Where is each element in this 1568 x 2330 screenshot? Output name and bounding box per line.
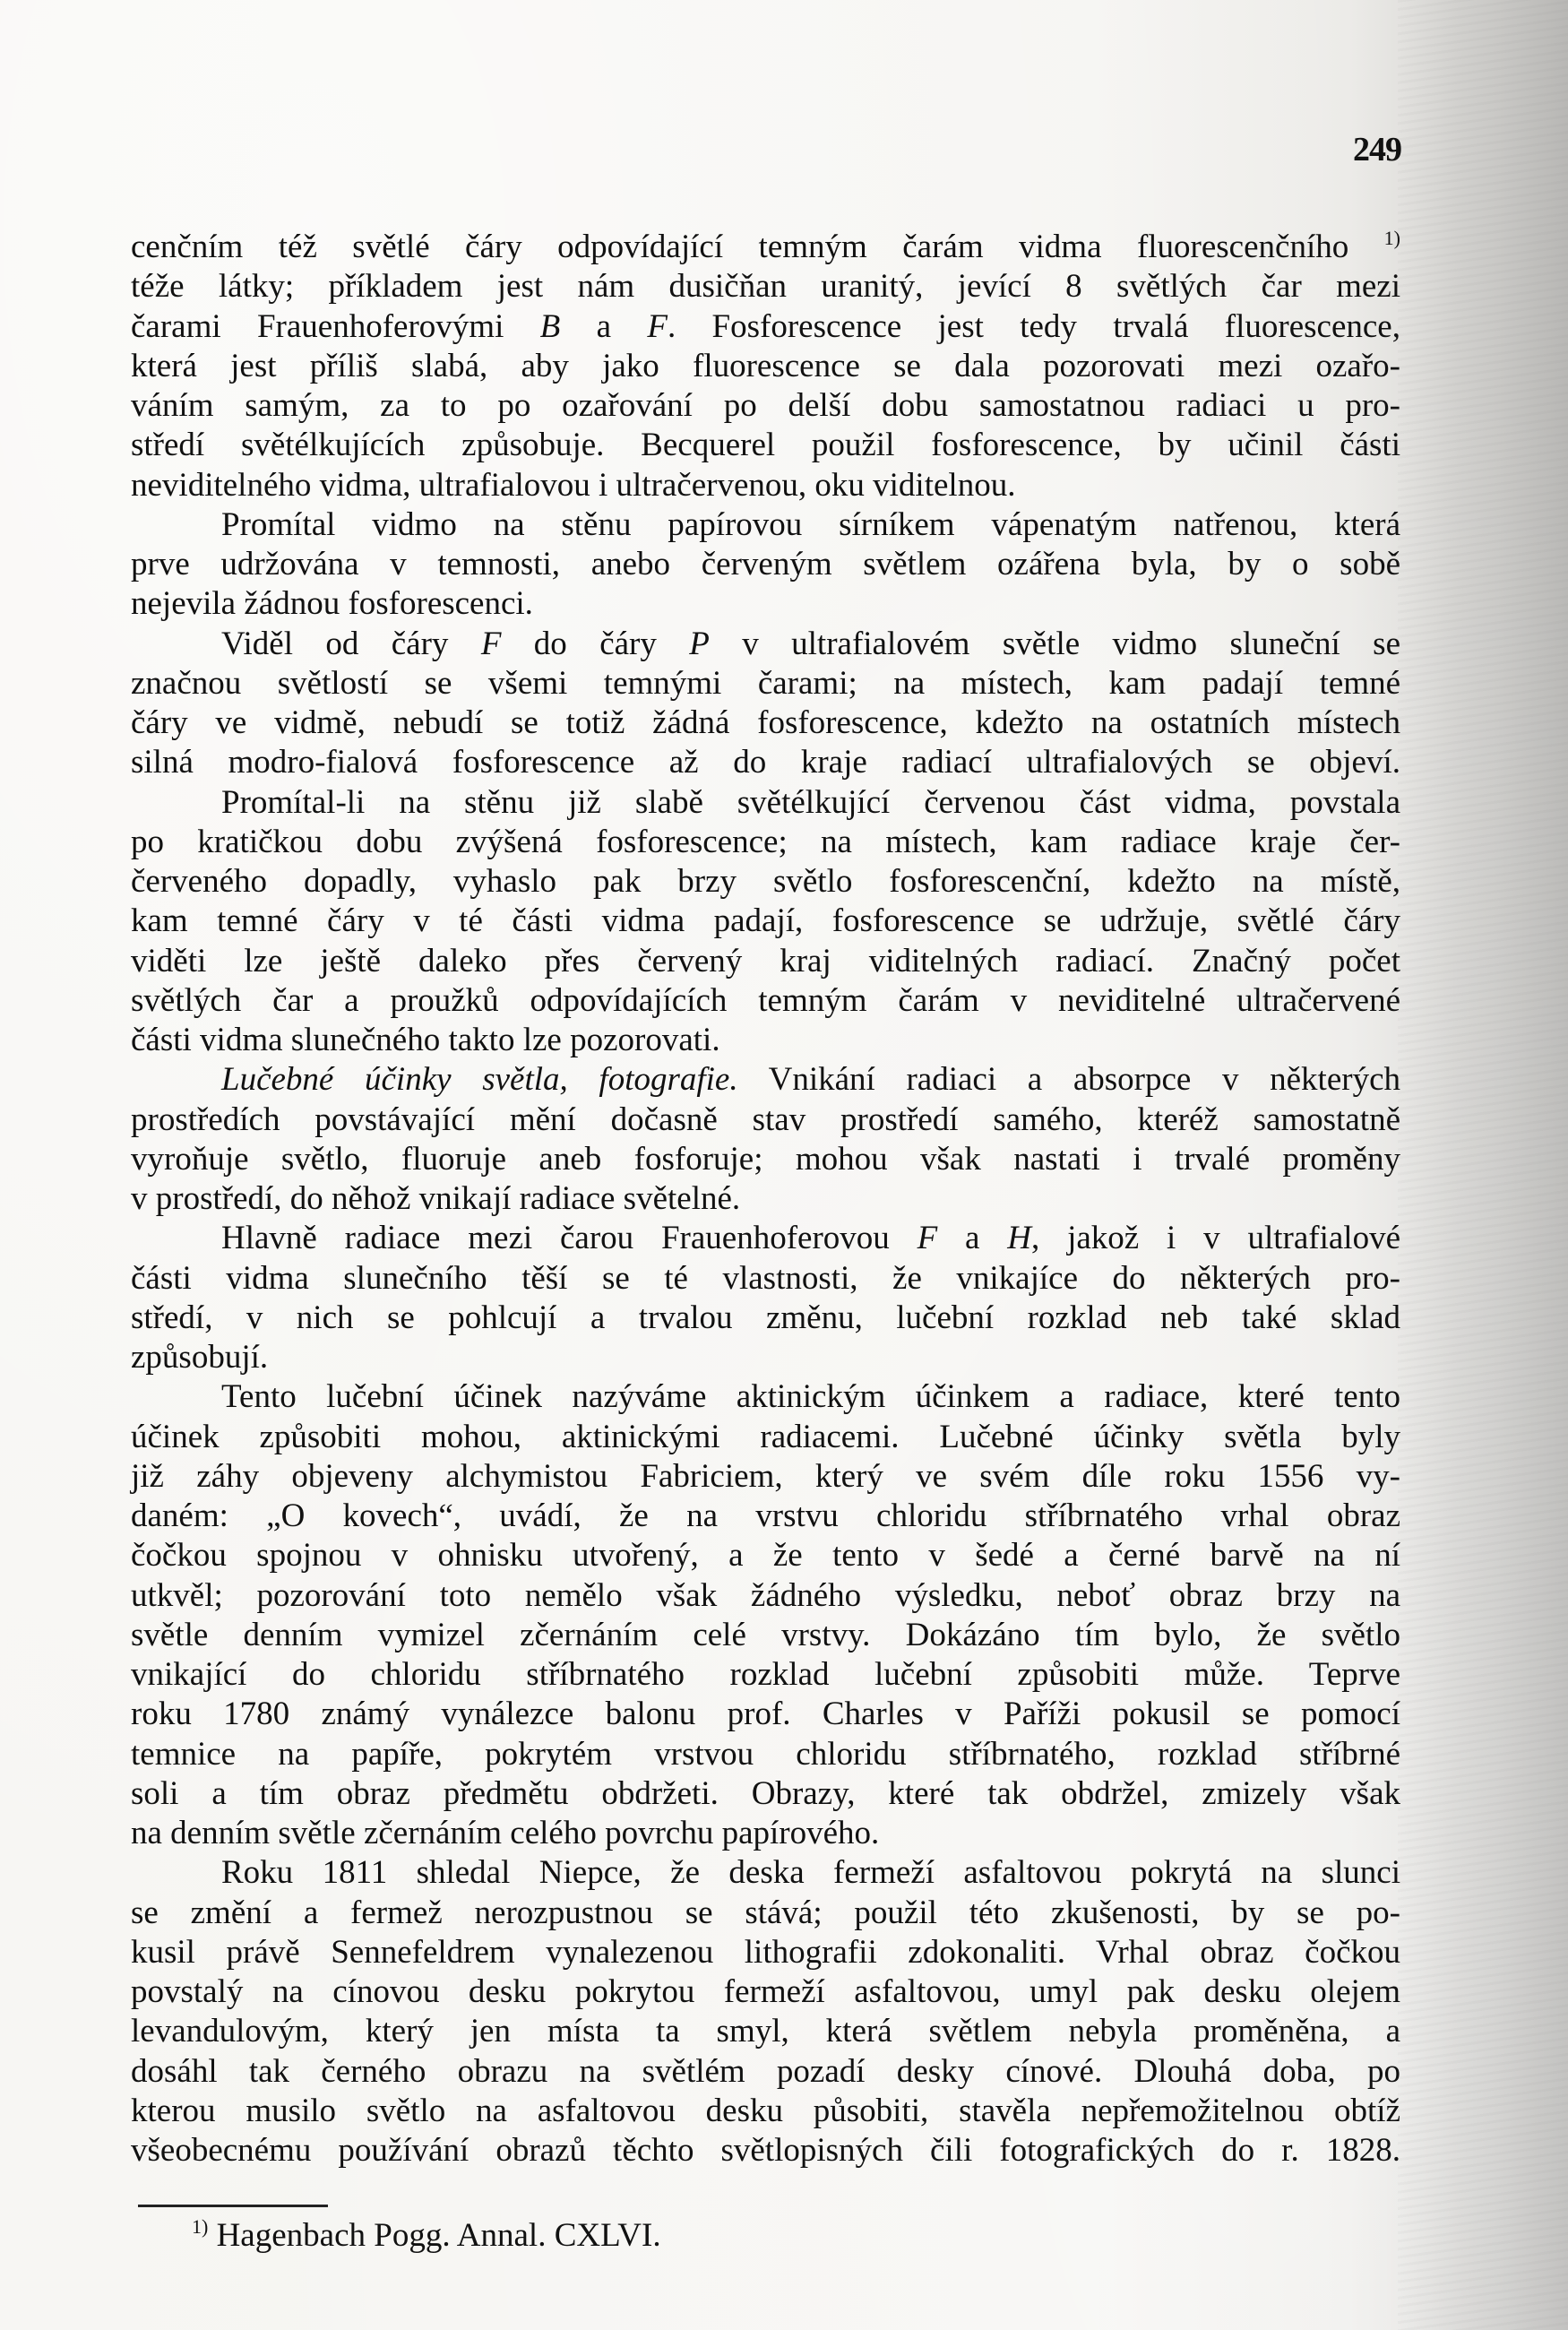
text-line: značnou světlostí se všemi temnými čaram… [131,664,1400,703]
text-line: která jest příliš slabá, aby jako fluore… [131,347,1400,386]
paragraph-first-line: Roku 1811 shledal Niepce, že deska ferme… [221,1853,1400,1893]
paragraph-first-line: Promítal vidmo na stěnu papírovou sírník… [221,505,1400,545]
text-line: prve udržována v temnosti, anebo červený… [131,545,1400,584]
text-line: všeobecnému používání obrazů těchto svět… [131,2131,1400,2170]
footnote-marker: 1) [192,2215,208,2238]
text-line: prostředích povstávající mění dočasně st… [131,1100,1400,1140]
text-line: viděti lze ještě daleko přes červený kra… [131,942,1400,981]
text-line: středí světélkujících způsobuje. Becquer… [131,426,1400,465]
text-line: již záhy objeveny alchymistou Fabriciem,… [131,1457,1400,1497]
paragraph-first-line: Promítal-li na stěnu již slabě světélkuj… [221,783,1400,823]
text-line: na denním světle zčernáním celého povrch… [131,1814,1400,1853]
text-line: dosáhl tak černého obrazu na světlém poz… [131,2052,1400,2092]
text-line: čáry ve vidmě, nebudí se totiž žádná fos… [131,703,1400,743]
italic-text: Lučebné účinky světla, fotografie. [221,1061,738,1098]
text-line: cenčním též světlé čáry odpovídající tem… [131,228,1400,267]
text-line: způsobují. [131,1338,1400,1377]
text-line: vyroňuje světlo, fluoruje aneb fosforuje… [131,1140,1400,1179]
text-line: povstalý na cínovou desku pokrytou ferme… [131,1972,1400,2012]
footnote-reference: 1) [1384,227,1400,249]
text-line: soli a tím obraz předmětu obdržeti. Obra… [131,1774,1400,1814]
text-line: po kratičkou dobu zvýšená fosforescence;… [131,823,1400,862]
text-line: červeného dopadly, vyhaslo pak brzy svět… [131,862,1400,902]
text-line: světle denním vymizel zčernáním celé vrs… [131,1616,1400,1655]
text-line: části vidma slunečního těší se té vlastn… [131,1259,1400,1299]
text-line: účinek způsobiti mohou, aktinickými radi… [131,1418,1400,1457]
text-line: neviditelného vidma, ultrafialovou i ult… [131,466,1400,505]
body-text: cenčním též světlé čáry odpovídající tem… [0,0,1568,2330]
text-line: kusil právě Sennefeldrem vynalezenou lit… [131,1933,1400,1972]
footnote-text: Hagenbach Pogg. Annal. CXLVI. [208,2217,660,2254]
italic-text: B [540,308,561,345]
text-line: utkvěl; pozorování toto nemělo však žádn… [131,1576,1400,1616]
italic-text: F [647,308,668,345]
text-line: daném: „O kovech“, uvádí, že na vrstvu c… [131,1497,1400,1536]
text-line: váním samým, za to po ozařování po delší… [131,386,1400,426]
text-line: středí, v nich se pohlcují a trvalou změ… [131,1299,1400,1338]
paragraph-first-line: Tento lučební účinek nazýváme aktinickým… [221,1377,1400,1417]
text-line: se změní a fermež nerozpustnou se stává;… [131,1894,1400,1933]
text-line: v prostředí, do něhož vnikají radiace sv… [131,1179,1400,1219]
text-line: temnice na papíře, pokrytém vrstvou chlo… [131,1735,1400,1774]
text-line: levandulovým, který jen místa ta smyl, k… [131,2012,1400,2051]
text-line: silná modro-fialová fosforescence až do … [131,743,1400,782]
text-line: světlých čar a proužků odpovídajících te… [131,981,1400,1021]
italic-text: F [918,1220,938,1256]
text-line: kam temné čáry v té části vidma padají, … [131,902,1400,941]
italic-text: F [481,626,502,662]
text-line: části vidma slunečného takto lze pozorov… [131,1021,1400,1060]
paragraph-first-line: Viděl od čáry F do čáry P v ultrafialové… [221,625,1400,664]
text-line: vnikající do chloridu stříbrnatého rozkl… [131,1655,1400,1695]
text-line: čočkou spojnou v ohnisku utvořený, a že … [131,1536,1400,1575]
text-line: nejevila žádnou fosforescenci. [131,584,1400,624]
italic-text: H [1007,1220,1031,1256]
text-line: téže látky; příkladem jest nám dusičňan … [131,267,1400,306]
text-line: roku 1780 známý vynálezce balonu prof. C… [131,1695,1400,1734]
text-line: čarami Frauenhoferovými B a F. Fosforesc… [131,307,1400,347]
footnote-separator [138,2205,328,2207]
paragraph-first-line: Hlavně radiace mezi čarou Frauenhoferovo… [221,1219,1400,1258]
paragraph-first-line: Lučebné účinky světla, fotografie. Vniká… [221,1060,1400,1100]
italic-text: P [689,626,710,662]
footnote: 1) Hagenbach Pogg. Annal. CXLVI. [192,2216,661,2256]
text-line: kterou musilo světlo na asfaltovou desku… [131,2092,1400,2131]
